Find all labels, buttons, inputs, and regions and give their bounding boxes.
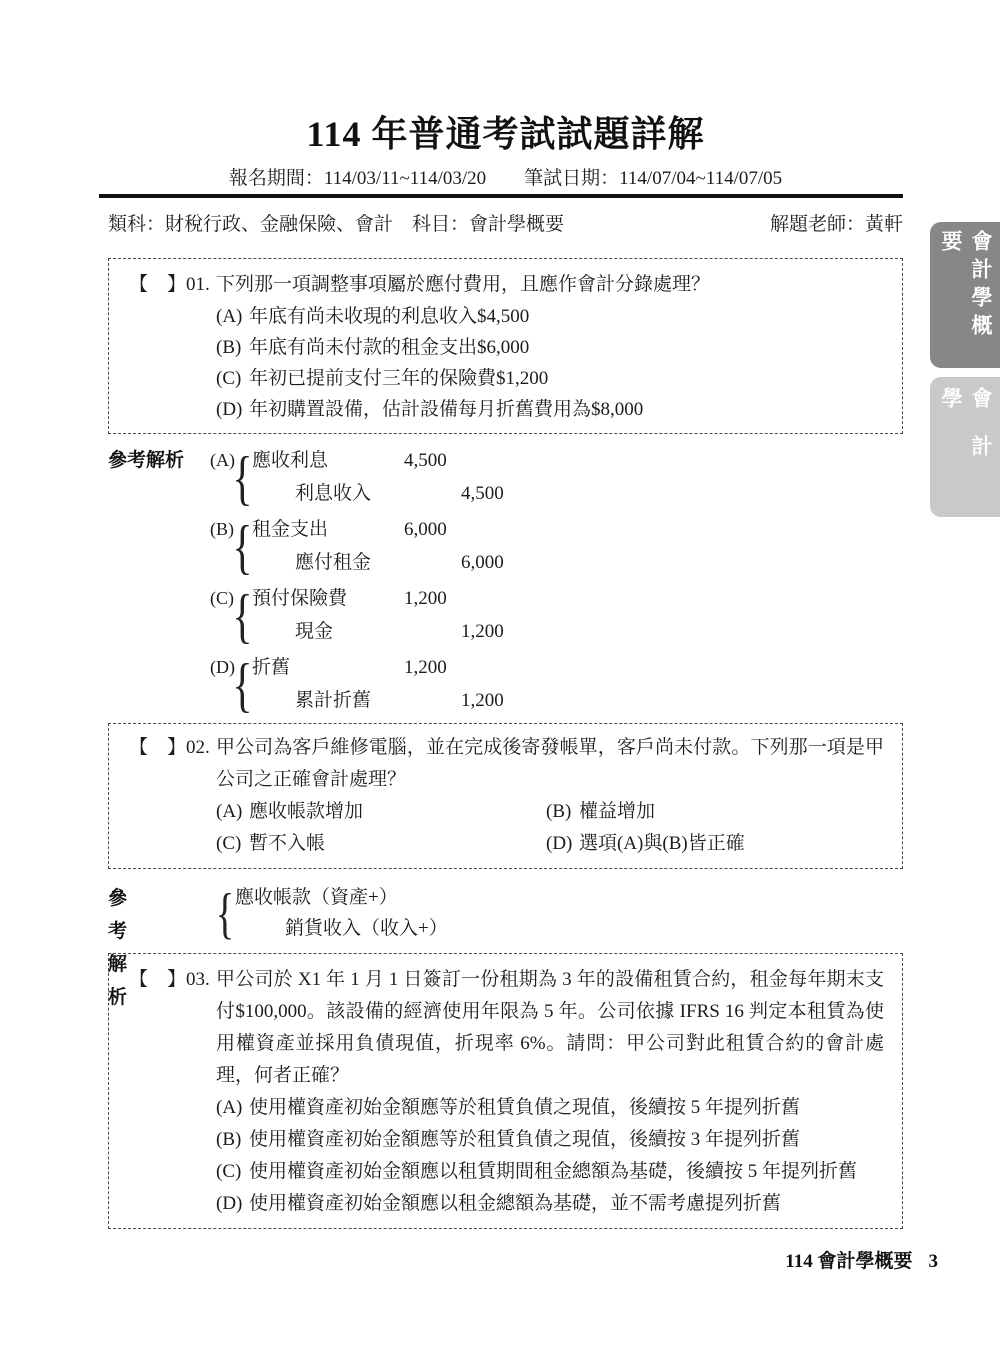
credit-account: 銷貨收入（收入+） <box>285 913 448 944</box>
question-stem: 下列那一項調整事項屬於應付費用，且應作會計分錄處理？ <box>216 269 884 301</box>
entry-lines: 折舊1,200 累計折舊1,200 <box>252 651 504 720</box>
solution-teacher: 解題老師：黃軒 <box>770 213 903 237</box>
page-content: 114 年普通考試試題詳解 報名期間：114/03/11~114/03/20筆試… <box>108 114 903 1229</box>
credit-account: 應付租金 <box>295 546 461 579</box>
debit-row: 預付保險費1,200 <box>252 582 504 615</box>
journal-entry-d: (D) { 折舊1,200 累計折舊1,200 <box>210 651 504 720</box>
option-text: 使用權資產初始金額應等於租賃負債之現值，後續按 5 年提列折舊 <box>249 1092 800 1124</box>
option-key: (A) <box>216 796 249 828</box>
option-c: (C)使用權資產初始金額應以租賃期間租金總額為基礎，後續按 5 年提列折舊 <box>216 1156 884 1188</box>
question-stem: 甲公司於 X1 年 1 月 1 日簽訂一份租期為 3 年的設備租賃合約，租金每年… <box>216 964 884 1092</box>
question-box-1: 【 】 01. 下列那一項調整事項屬於應付費用，且應作會計分錄處理？ (A)年底… <box>108 258 903 434</box>
option-a: (A)使用權資產初始金額應等於租賃負債之現值，後續按 5 年提列折舊 <box>216 1092 884 1124</box>
option-d: (D)年初購置設備，估計設備每月折舊費用為$8,000 <box>216 394 884 425</box>
debit-account: 應收利息 <box>252 444 404 477</box>
debit-row: 租金支出6,000 <box>252 513 504 546</box>
option-key: (B) <box>546 796 579 828</box>
written-exam-date: 筆試日期：114/07/04~114/07/05 <box>524 168 782 189</box>
exam-solution-page: 會計學概要 會計學 114 年普通考試試題詳解 報名期間：114/03/11~1… <box>0 0 1000 1353</box>
side-tab-current-subject: 會計學概要 <box>930 222 1000 368</box>
journal-entries: (A) { 應收利息4,500 利息收入4,500 (B) { 租金支出6,00… <box>210 444 504 720</box>
credit-amount: 4,500 <box>461 477 504 510</box>
question-3-options: (A)使用權資產初始金額應等於租賃負債之現值，後續按 5 年提列折舊 (B)使用… <box>216 1092 884 1220</box>
option-c: (C)年初已提前支付三年的保險費$1,200 <box>216 363 884 394</box>
answer-bracket: 【 】 <box>129 732 186 796</box>
entry-key: (A) <box>210 444 233 513</box>
entry-key: (C) <box>210 582 233 651</box>
entry-brace: { <box>236 513 249 582</box>
option-key: (D) <box>216 1188 249 1220</box>
option-a: (A)應收帳款增加 <box>216 796 546 828</box>
credit-row: 現金1,200 <box>252 615 504 648</box>
option-key: (B) <box>216 332 249 363</box>
option-a: (A)年底有尚未收現的利息收入$4,500 <box>216 301 884 332</box>
footer-label: 114 會計學概要 <box>785 1251 912 1272</box>
page-footer: 114 會計學概要3 <box>785 1250 938 1274</box>
answer-bracket: 【 】 <box>129 269 186 301</box>
debit-amount: 1,200 <box>404 651 447 684</box>
debit-account: 預付保險費 <box>252 582 404 615</box>
option-d: (D)選項(A)與(B)皆正確 <box>546 828 884 860</box>
side-tab-series: 會計學 <box>930 377 1000 517</box>
option-c: (C)暫不入帳 <box>216 828 546 860</box>
option-key: (B) <box>216 1124 249 1156</box>
question-1-options: (A)年底有尚未收現的利息收入$4,500 (B)年底有尚未付款的租金支出$6,… <box>216 301 884 425</box>
question-number: 02. <box>186 732 216 796</box>
credit-row: 應付租金6,000 <box>252 546 504 579</box>
page-title: 114 年普通考試試題詳解 <box>108 114 903 154</box>
question-number: 01. <box>186 269 216 301</box>
option-text: 選項(A)與(B)皆正確 <box>579 828 745 860</box>
option-text: 年底有尚未付款的租金支出$6,000 <box>249 332 529 363</box>
entry-brace: { <box>236 651 249 720</box>
option-b: (B)使用權資產初始金額應等於租賃負債之現值，後續按 3 年提列折舊 <box>216 1124 884 1156</box>
debit-amount: 1,200 <box>404 582 447 615</box>
credit-row: 累計折舊1,200 <box>252 684 504 717</box>
entry-brace: { <box>236 444 249 513</box>
option-d: (D)使用權資產初始金額應以租金總額為基礎，並不需考慮提列折舊 <box>216 1188 884 1220</box>
journal-entry-a: (A) { 應收利息4,500 利息收入4,500 <box>210 444 504 513</box>
header-divider-rule <box>99 194 903 198</box>
option-text: 使用權資產初始金額應以租賃期間租金總額為基礎，後續按 5 年提列折舊 <box>249 1156 857 1188</box>
entry-brace: { <box>218 882 232 946</box>
question-box-3: 【 】 03. 甲公司於 X1 年 1 月 1 日簽訂一份租期為 3 年的設備租… <box>108 953 903 1229</box>
question-2-options: (A)應收帳款增加 (B)權益增加 (C)暫不入帳 (D)選項(A)與(B)皆正… <box>216 796 884 860</box>
entry-key: (B) <box>210 513 233 582</box>
entry-key: (D) <box>210 651 233 720</box>
journal-entry-b: (B) { 租金支出6,000 應付租金6,000 <box>210 513 504 582</box>
category-subject: 類科：財稅行政、金融保險、會計 科目：會計學概要 <box>108 213 564 237</box>
option-key: (A) <box>216 301 249 332</box>
option-key: (A) <box>216 1092 249 1124</box>
debit-account: 應收帳款（資產+） <box>235 882 448 913</box>
answer-bracket: 【 】 <box>129 964 186 1092</box>
option-b: (B)年底有尚未付款的租金支出$6,000 <box>216 332 884 363</box>
question-2-head: 【 】 02. 甲公司為客戶維修電腦，並在完成後寄發帳單，客戶尚未付款。下列那一… <box>129 732 884 796</box>
page-number: 3 <box>929 1251 939 1272</box>
credit-row: 利息收入4,500 <box>252 477 504 510</box>
registration-period: 報名期間：114/03/11~114/03/20 <box>229 168 486 189</box>
option-text: 年初購置設備，估計設備每月折舊費用為$8,000 <box>249 394 643 425</box>
option-text: 應收帳款增加 <box>249 796 363 828</box>
option-b: (B)權益增加 <box>546 796 884 828</box>
question-number: 03. <box>186 964 216 1092</box>
debit-account: 租金支出 <box>252 513 404 546</box>
entry-lines: 預付保險費1,200 現金1,200 <box>252 582 504 651</box>
credit-amount: 6,000 <box>461 546 504 579</box>
meta-row: 類科：財稅行政、金融保險、會計 科目：會計學概要 解題老師：黃軒 <box>108 213 903 237</box>
option-key: (C) <box>216 363 249 394</box>
option-text: 年底有尚未收現的利息收入$4,500 <box>249 301 529 332</box>
option-text: 使用權資產初始金額應等於租賃負債之現值，後續按 3 年提列折舊 <box>249 1124 800 1156</box>
question-stem: 甲公司為客戶維修電腦，並在完成後寄發帳單，客戶尚未付款。下列那一項是甲公司之正確… <box>216 732 884 796</box>
entry-lines: 應收利息4,500 利息收入4,500 <box>252 444 504 513</box>
entry-lines: 應收帳款（資產+） 銷貨收入（收入+） <box>235 882 448 946</box>
option-text: 使用權資產初始金額應以租金總額為基礎，並不需考慮提列折舊 <box>249 1188 781 1220</box>
option-key: (D) <box>546 828 579 860</box>
analysis-label: 參考解析 <box>108 444 210 720</box>
credit-amount: 1,200 <box>461 684 504 717</box>
debit-account: 折舊 <box>252 651 404 684</box>
credit-account: 累計折舊 <box>295 684 461 717</box>
question-3-head: 【 】 03. 甲公司於 X1 年 1 月 1 日簽訂一份租期為 3 年的設備租… <box>129 964 884 1092</box>
credit-amount: 1,200 <box>461 615 504 648</box>
debit-amount: 6,000 <box>404 513 447 546</box>
debit-row: 折舊1,200 <box>252 651 504 684</box>
analysis-question-1: 參考解析 (A) { 應收利息4,500 利息收入4,500 (B) { 租金支… <box>108 444 903 720</box>
analysis-question-2: 參考解析 { 應收帳款（資產+） 銷貨收入（收入+） <box>108 882 903 946</box>
debit-amount: 4,500 <box>404 444 447 477</box>
exam-dates-line: 報名期間：114/03/11~114/03/20筆試日期：114/07/04~1… <box>108 167 903 191</box>
debit-row: 應收利息4,500 <box>252 444 504 477</box>
question-1-head: 【 】 01. 下列那一項調整事項屬於應付費用，且應作會計分錄處理？ <box>129 269 884 301</box>
question-box-2: 【 】 02. 甲公司為客戶維修電腦，並在完成後寄發帳單，客戶尚未付款。下列那一… <box>108 723 903 869</box>
entry-brace: { <box>236 582 249 651</box>
option-text: 暫不入帳 <box>249 828 325 860</box>
option-text: 年初已提前支付三年的保險費$1,200 <box>249 363 548 394</box>
option-key: (C) <box>216 828 249 860</box>
journal-entry-c: (C) { 預付保險費1,200 現金1,200 <box>210 582 504 651</box>
credit-account: 利息收入 <box>295 477 461 510</box>
option-key: (D) <box>216 394 249 425</box>
option-key: (C) <box>216 1156 249 1188</box>
entry-lines: 租金支出6,000 應付租金6,000 <box>252 513 504 582</box>
credit-account: 現金 <box>295 615 461 648</box>
option-text: 權益增加 <box>579 796 655 828</box>
